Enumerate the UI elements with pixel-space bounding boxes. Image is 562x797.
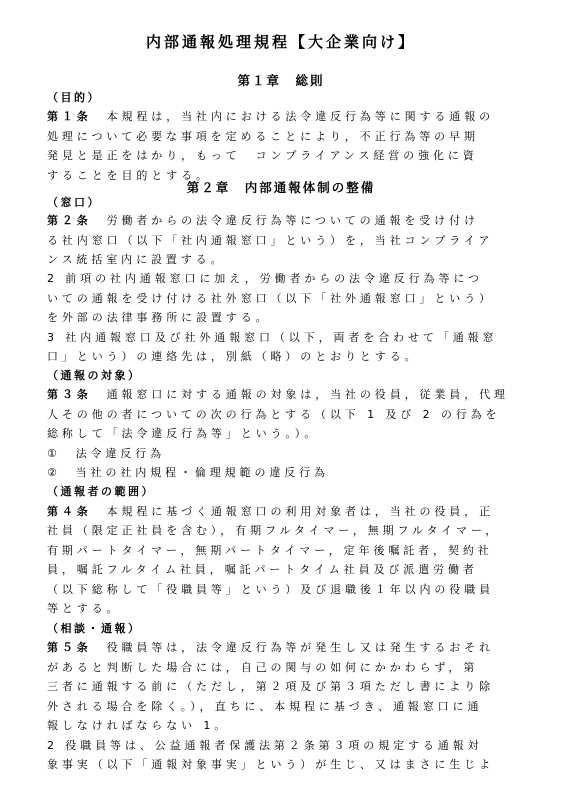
body-line: ① 法令違反行為	[47, 447, 517, 461]
section-heading: （相談・通報）	[47, 622, 517, 636]
body-line: 2 役職員等は、公益通報者保護法第２条第３項の規定する通報対	[47, 739, 517, 753]
body-line: （以下総称して「役職員等」という）及び退職後１年以内の役職員	[47, 583, 517, 597]
article-text: 労働者からの法令違反行為等についての通報を受け付け	[92, 214, 479, 227]
body-line: 三者に通報する前に（ただし，第２項及び第３項ただし書により除	[47, 680, 517, 694]
article-text: 本規程に基づく通報窓口の利用対象者は，当社の役員，正	[92, 505, 494, 518]
document-page: 内部通報処理規程【大企業向け】 第１章 総則第２章 内部通報体制の整備（目的）第…	[0, 0, 562, 797]
body-line: 外される場合を除く。），直ちに、本規程に基づき、通報窓口に通	[47, 700, 517, 714]
body-line: る社内窓口（以下「社内通報窓口」という）を，当社コンプライア	[47, 234, 517, 248]
article-number: 第３条	[47, 388, 92, 401]
body-line: ② 当社の社内規程・倫理規範の違反行為	[47, 466, 517, 480]
article-text: 役職員等は，法令違反行為等が発生し又は発生するおそれ	[92, 641, 494, 654]
section-heading: （通報者の範囲）	[47, 485, 517, 499]
body-line: 総称して「法令違反行為等」という。）。	[47, 427, 517, 441]
body-line: 発見と是正をはかり，もって コンプライアンス経営の強化に資	[47, 149, 517, 163]
body-line: 員，嘱託フルタイム社員，嘱託パートタイム社員及び派遣労働者	[47, 563, 517, 577]
body-line: 2 前項の社内通報窓口に加え，労働者からの法令違反行為等につ	[47, 272, 517, 286]
body-line: 有期パートタイマー，無期パートタイマー，定年後嘱託者，契約社	[47, 544, 517, 558]
document-title: 内部通報処理規程【大企業向け】	[0, 31, 562, 52]
body-line: 象事実（以下「通報対象事実」という）が生じ、又はまさに生じよ	[47, 758, 517, 772]
article-line: 第３条 通報窓口に対する通報の対象は，当社の役員，従業員，代理	[47, 388, 517, 402]
article-number: 第４条	[47, 505, 92, 518]
article-text: 本規程は，当社内における法令違反行為等に関する通報の	[92, 110, 494, 123]
body-line: があると判断した場合には，自己の関与の如何にかかわらず，第	[47, 661, 517, 675]
article-number: 第５条	[47, 641, 92, 654]
body-line: 口」という）の連絡先は，別紙（略）のとおりとする。	[47, 350, 517, 364]
body-line: いての通報を受け付ける社外窓口（以下「社外通報窓口」という）	[47, 292, 517, 306]
article-line: 第５条 役職員等は，法令違反行為等が発生し又は発生するおそれ	[47, 641, 517, 655]
body-line: 3 社内通報窓口及び社外通報窓口（以下，両者を合わせて「通報窓	[47, 331, 517, 345]
body-line: ンス統括室内に設置する。	[47, 253, 517, 267]
body-line: 処理について必要な事項を定めることにより，不正行為等の早期	[47, 130, 517, 144]
body-line: 等とする。	[47, 602, 517, 616]
article-text: 通報窓口に対する通報の対象は，当社の役員，従業員，代理	[92, 388, 509, 401]
section-heading: （目的）	[47, 91, 517, 105]
section-heading: （窓口）	[47, 196, 517, 210]
article-line: 第４条 本規程に基づく通報窓口の利用対象者は，当社の役員，正	[47, 505, 517, 519]
article-number: 第１条	[47, 110, 92, 123]
article-number: 第２条	[47, 214, 92, 227]
section-heading: （通報の対象）	[47, 369, 517, 383]
chapter-1-heading: 第１章 総則	[0, 71, 562, 89]
body-line: 社員（限定正社員を含む），有期フルタイマー，無期フルタイマー，	[47, 524, 517, 538]
article-line: 第２条 労働者からの法令違反行為等についての通報を受け付け	[47, 214, 517, 228]
body-line: することを目的とする。	[47, 169, 517, 183]
body-line: 人その他の者についての次の行為とする（以下 1 及び 2 の行為を	[47, 408, 517, 422]
body-line: を外部の法律事務所に設置する。	[47, 311, 517, 325]
body-line: 報しなければならない 1。	[47, 719, 517, 733]
article-line: 第１条 本規程は，当社内における法令違反行為等に関する通報の	[47, 110, 517, 124]
